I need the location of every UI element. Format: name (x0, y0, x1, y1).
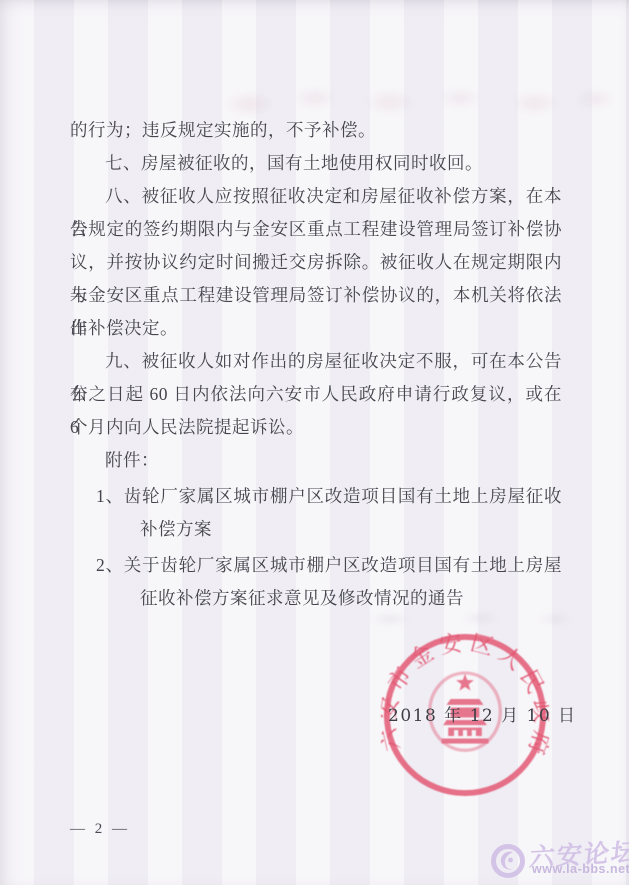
body-line: 与金安区重点工程建设管理局签订补偿协议的，本机关将依法作 (70, 279, 562, 312)
attachment-line: 补偿方案 (70, 513, 562, 546)
forum-site-url: www.la-bbs.net (532, 862, 629, 876)
seal-star-icon (456, 674, 474, 691)
attachment-line: 2、关于齿轮厂家属区城市棚户区改造项目国有土地上房屋 (70, 549, 562, 582)
attachment-line: 1、齿轮厂家属区城市棚户区改造项目国有土地上房屋征收 (70, 480, 562, 513)
document-body: 的行为；违反规定实施的，不予补偿。 七、房屋被征收的，国有土地使用权同时收回。 … (70, 114, 562, 615)
body-line: 九、被征收人如对作出的房屋征收决定不服，可在本公告公 (70, 345, 562, 378)
body-line: 的行为；违反规定实施的，不予补偿。 (70, 114, 562, 147)
body-line: 八、被征收人应按照征收决定和房屋征收补偿方案，在本公 (70, 180, 562, 213)
issue-date: 2018 年 12 月 10 日 (388, 701, 577, 726)
attachment-line: 征收补偿方案征求意见及修改情况的通告 (70, 582, 562, 615)
body-line: 议，并按协议约定时间搬迁交房拆除。被征收人在规定期限内未 (70, 246, 562, 279)
attachments-label: 附件： (70, 444, 562, 477)
page-number: — 2 — (70, 821, 130, 838)
forum-watermark: 六安论坛 www.la-bbs.net (490, 839, 625, 883)
body-line: 个月内向人民法院提起诉讼。 (70, 411, 562, 444)
body-line: 七、房屋被征收的，国有土地使用权同时收回。 (70, 147, 562, 180)
scanned-document-page: 的行为；违反规定实施的，不予补偿。 七、房屋被征收的，国有土地使用权同时收回。 … (0, 0, 629, 885)
forum-logo-icon (490, 843, 526, 879)
body-line: 出补偿决定。 (70, 312, 562, 345)
body-line: 布之日起 60 日内依法向六安市人民政府申请行政复议，或在 6 (70, 378, 562, 411)
body-line: 告规定的签约期限内与金安区重点工程建设管理局签订补偿协 (70, 213, 562, 246)
